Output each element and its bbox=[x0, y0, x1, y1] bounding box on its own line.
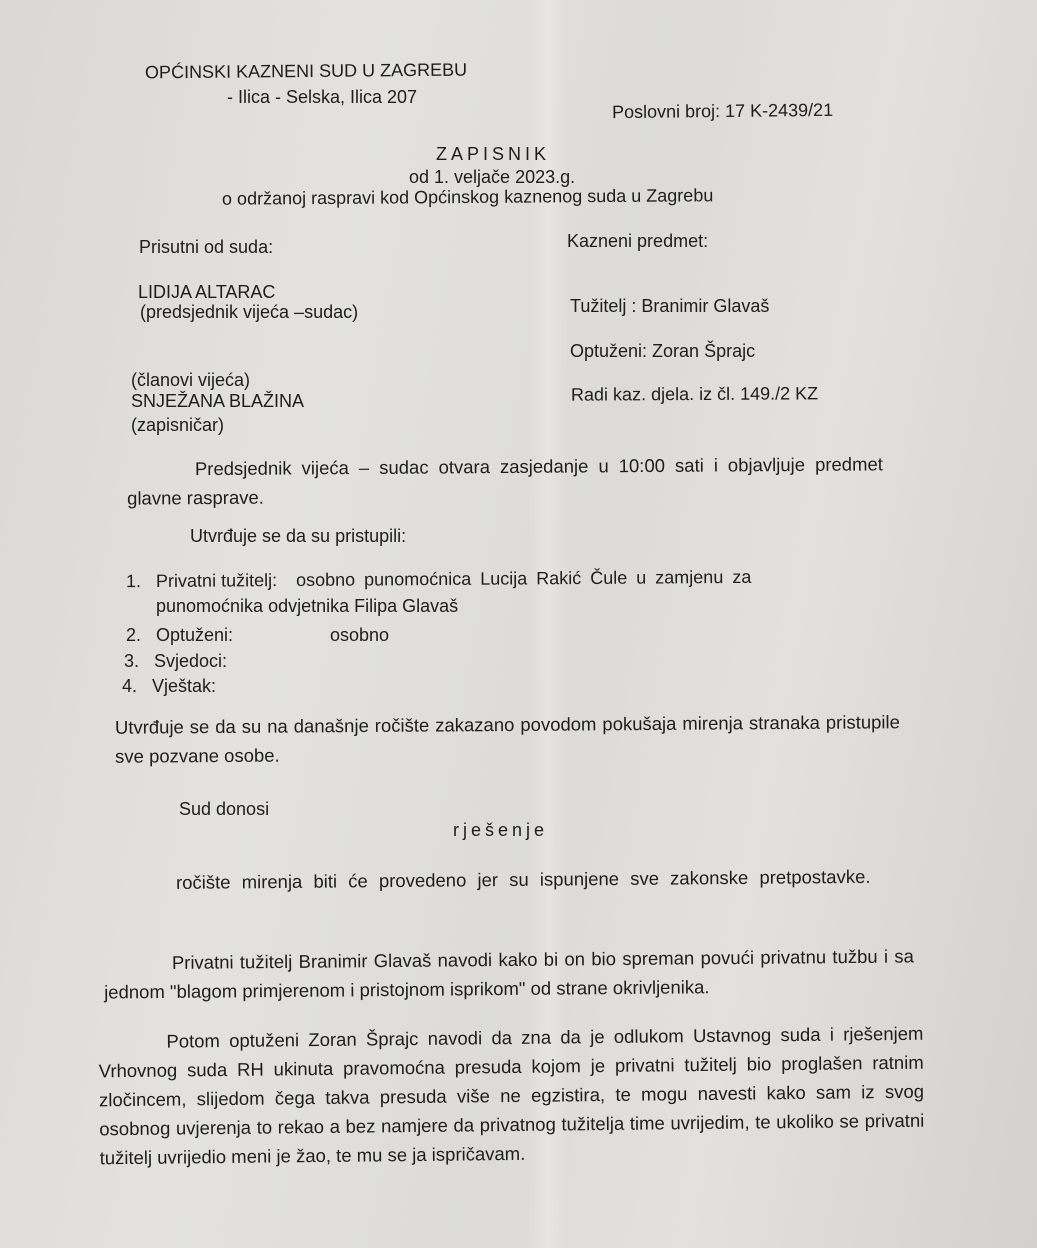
attendance-item-value: osobno punomoćnica Lucija Rakić Čule u z… bbox=[296, 567, 751, 590]
finding-paragraph: Utvrđuje se da su na današnje ročište za… bbox=[115, 707, 900, 770]
attendance-item: 2.Optuženi: osobno bbox=[126, 626, 233, 644]
attendance-item-number: 2. bbox=[126, 626, 156, 644]
document-subtitle: o održanoj raspravi kod Općinskog kaznen… bbox=[222, 186, 713, 207]
judge-name: LIDIJA ALTARAC bbox=[138, 283, 275, 301]
document-title: ZAPISNIK bbox=[436, 145, 550, 163]
attendance-item-number: 1. bbox=[126, 572, 156, 590]
attendance-item-label: Svjedoci: bbox=[154, 651, 227, 671]
judge-role: (predsjednik vijeća –sudac) bbox=[140, 303, 358, 321]
attendance-item: 4.Vještak: bbox=[122, 677, 216, 695]
attendance-item-number: 4. bbox=[122, 677, 152, 695]
ruling-intro: Sud donosi bbox=[179, 800, 269, 818]
accused-line: Optuženi: Zoran Šprajc bbox=[570, 342, 755, 360]
attendance-item-label: Privatni tužitelj: bbox=[156, 570, 277, 591]
case-number: Poslovni broj: 17 K-2439/21 bbox=[612, 101, 833, 121]
court-address: - Ilica - Selska, Ilica 207 bbox=[227, 88, 417, 106]
prosecutor-statement: Privatni tužitelj Branimir Glavaš navodi… bbox=[104, 941, 914, 1006]
attendance-item-label: Vještak: bbox=[152, 676, 216, 696]
attendance-item-continuation: punomoćnika odvjetnika Filipa Glavaš bbox=[156, 597, 458, 615]
clerk-name: SNJEŽANA BLAŽINA bbox=[131, 392, 304, 410]
panel-members-label: (članovi vijeća) bbox=[131, 371, 250, 389]
attendance-item-label: Optuženi: bbox=[156, 625, 233, 645]
court-name: OPĆINSKI KAZNENI SUD U ZAGREBU bbox=[145, 61, 467, 82]
attendance-item: 3.Svjedoci: bbox=[124, 652, 227, 670]
document-date: od 1. veljače 2023.g. bbox=[409, 168, 575, 186]
opening-paragraph: Predsjednik vijeća – sudac otvara zasjed… bbox=[127, 449, 883, 512]
accused-statement: Potom optuženi Zoran Šprajc navodi da zn… bbox=[98, 1019, 924, 1173]
ruling-paragraph: ročište mirenja biti će provedeno jer su… bbox=[108, 862, 908, 898]
clerk-role: (zapisničar) bbox=[131, 416, 224, 434]
ruling-heading: rješenje bbox=[453, 821, 548, 839]
prosecutor-line: Tužitelj : Branimir Glavaš bbox=[570, 297, 769, 315]
attendance-item: 1.Privatni tužitelj: osobno punomoćnica … bbox=[126, 568, 751, 590]
attendance-item-number: 3. bbox=[124, 652, 154, 670]
attendance-intro: Utvrđuje se da su pristupili: bbox=[190, 527, 406, 545]
attendance-item-value: osobno bbox=[330, 626, 389, 644]
case-info-label: Kazneni predmet: bbox=[567, 232, 708, 250]
court-panel-label: Prisutni od suda: bbox=[139, 238, 273, 256]
charge-line: Radi kaz. djela. iz čl. 149./2 KZ bbox=[571, 384, 818, 403]
